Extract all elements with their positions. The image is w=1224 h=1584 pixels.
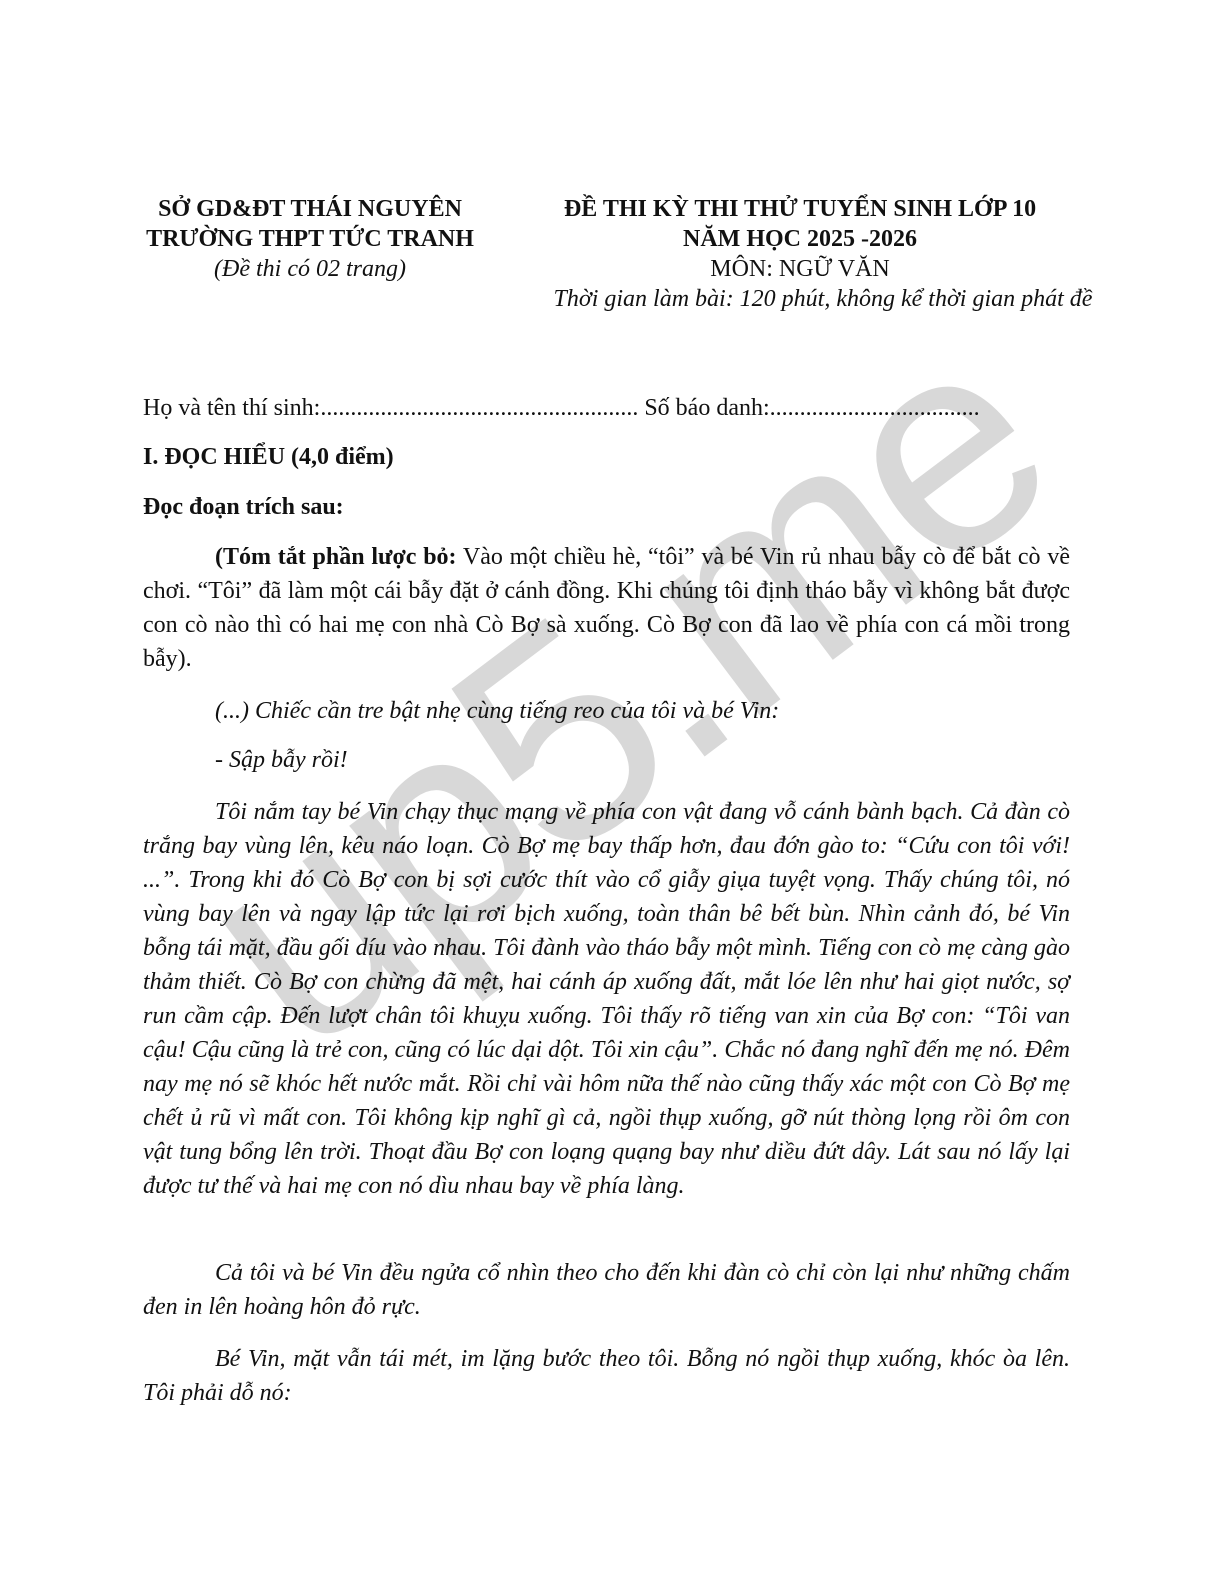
candidate-name-label: Họ và tên thí sinh: xyxy=(143,395,320,421)
candidate-id-label: Số báo danh: xyxy=(644,395,769,421)
page-count-note: (Đề thi có 02 trang) xyxy=(110,254,510,284)
summary-label: (Tóm tắt phần lược bỏ: xyxy=(215,544,457,570)
exam-title: ĐỀ THI KỲ THI THỬ TUYỂN SINH LỚP 10 xyxy=(480,194,1120,224)
candidate-name-blank: ........................................… xyxy=(320,395,638,421)
passage-paragraph: Tôi nắm tay bé Vin chạy thục mạng về phí… xyxy=(143,795,1070,1203)
subject: MÔN: NGỮ VĂN xyxy=(480,254,1120,284)
header-left: SỞ GD&ĐT THÁI NGUYÊN TRƯỜNG THPT TỨC TRA… xyxy=(110,194,510,284)
read-instruction: Đọc đoạn trích sau: xyxy=(143,492,344,522)
exam-duration: Thời gian làm bài: 120 phút, không kể th… xyxy=(480,284,1120,314)
exam-page: up5.me SỞ GD&ĐT THÁI NGUYÊN TRƯỜNG THPT … xyxy=(0,0,1224,1584)
passage-paragraph: Cả tôi và bé Vin đều ngửa cổ nhìn theo c… xyxy=(143,1256,1070,1324)
passage-summary: (Tóm tắt phần lược bỏ: Vào một chiều hè,… xyxy=(143,540,1070,676)
header-right: ĐỀ THI KỲ THI THỬ TUYỂN SINH LỚP 10 NĂM … xyxy=(480,194,1120,314)
passage-paragraph: - Sập bẫy rồi! xyxy=(143,743,1070,777)
passage-paragraph: Bé Vin, mặt vẫn tái mét, im lặng bước th… xyxy=(143,1342,1070,1410)
school-year: NĂM HỌC 2025 -2026 xyxy=(480,224,1120,254)
department-name: SỞ GD&ĐT THÁI NGUYÊN xyxy=(110,194,510,224)
school-name: TRƯỜNG THPT TỨC TRANH xyxy=(110,224,510,254)
passage-paragraph: (...) Chiếc cần tre bật nhẹ cùng tiếng r… xyxy=(143,694,1070,728)
candidate-info-line: Họ và tên thí sinh:.....................… xyxy=(143,393,1103,423)
section-title: I. ĐỌC HIỂU (4,0 điểm) xyxy=(143,442,394,472)
candidate-id-blank: ................................... xyxy=(770,395,980,421)
